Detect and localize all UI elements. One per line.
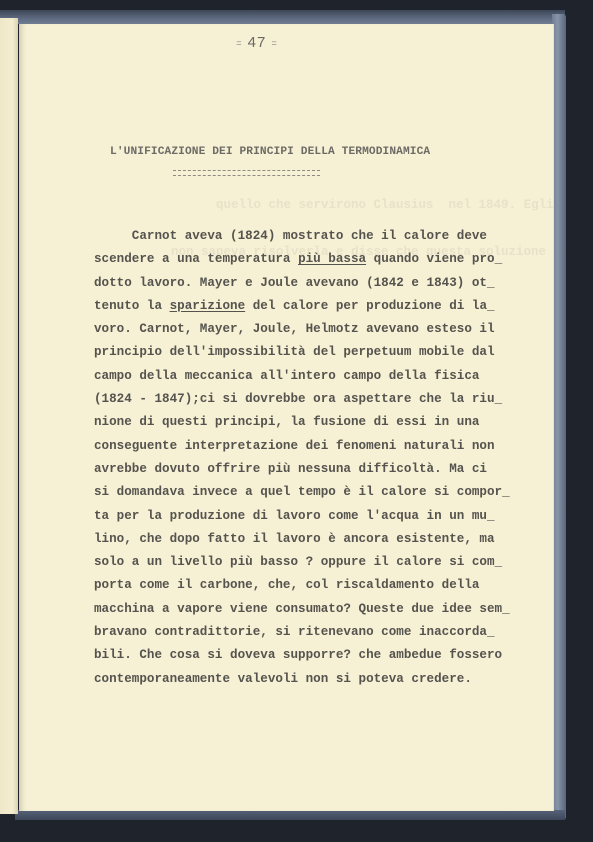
text-line: avrebbe dovuto offrire più nessuna diffi… bbox=[94, 458, 514, 481]
binder-cover-top-edge bbox=[0, 10, 565, 24]
text-segment: campo della meccanica all'intero campo d… bbox=[94, 369, 479, 383]
text-segment: avrebbe dovuto offrire più nessuna diffi… bbox=[94, 462, 487, 476]
text-line: macchina a vapore viene consumato? Quest… bbox=[94, 598, 514, 621]
underlined-phrase: sparizione bbox=[170, 299, 246, 313]
text-line: tenuto la sparizione del calore per prod… bbox=[94, 295, 514, 318]
chapter-title: L'UNIFICAZIONE DEI PRINCIPI DELLA TERMOD… bbox=[110, 146, 430, 158]
text-segment: nione di questi principi, la fusione di … bbox=[94, 415, 479, 429]
text-line: conseguente interpretazione dei fenomeni… bbox=[94, 435, 514, 458]
text-line: bili. Che cosa si doveva supporre? che a… bbox=[94, 644, 514, 667]
text-segment: (1824 - 1847);ci si dovrebbe ora aspetta… bbox=[94, 392, 502, 406]
text-segment: bravano contradittorie, si ritenevano co… bbox=[94, 625, 495, 639]
body-paragraph: Carnot aveva (1824) mostrato che il calo… bbox=[94, 225, 514, 691]
text-line: nione di questi principi, la fusione di … bbox=[94, 411, 514, 434]
title-underline-rule bbox=[173, 170, 320, 176]
text-line: dotto lavoro. Mayer e Joule avevano (184… bbox=[94, 272, 514, 295]
text-segment: voro. Carnot, Mayer, Joule, Helmotz avev… bbox=[94, 322, 495, 336]
page-number: = 47 = bbox=[19, 34, 495, 51]
text-line: contemporaneamente valevoli non si potev… bbox=[94, 668, 514, 691]
text-line: si domandava invece a quel tempo è il ca… bbox=[94, 481, 514, 504]
scanned-page-scene: quello che servirono Clausius nel 1849. … bbox=[0, 0, 593, 842]
text-segment: scendere a una temperatura bbox=[94, 252, 298, 266]
text-line: solo a un livello più basso ? oppure il … bbox=[94, 551, 514, 574]
text-line: voro. Carnot, Mayer, Joule, Helmotz avev… bbox=[94, 318, 514, 341]
text-segment: del calore per produzione di la_ bbox=[245, 299, 494, 313]
text-line: scendere a una temperatura più bassa qua… bbox=[94, 248, 514, 271]
text-line: Carnot aveva (1824) mostrato che il calo… bbox=[94, 225, 514, 248]
text-segment: lino, che dopo fatto il lavoro è ancora … bbox=[94, 532, 495, 546]
text-line: porta come il carbone, che, col riscalda… bbox=[94, 574, 514, 597]
text-line: (1824 - 1847);ci si dovrebbe ora aspetta… bbox=[94, 388, 514, 411]
text-segment: principio dell'impossibilità del perpetu… bbox=[94, 345, 495, 359]
page-number-suffix: = bbox=[272, 38, 278, 48]
page-number-prefix: = bbox=[236, 38, 242, 48]
facing-page-edge bbox=[0, 18, 18, 814]
text-segment: macchina a vapore viene consumato? Quest… bbox=[94, 602, 510, 616]
text-segment: quando viene pro_ bbox=[366, 252, 502, 266]
text-line: campo della meccanica all'intero campo d… bbox=[94, 365, 514, 388]
text-segment: dotto lavoro. Mayer e Joule avevano (184… bbox=[94, 276, 495, 290]
text-segment: ta per la produzione di lavoro come l'ac… bbox=[94, 509, 495, 523]
text-segment: conseguente interpretazione dei fenomeni… bbox=[94, 439, 495, 453]
text-segment: bili. Che cosa si doveva supporre? che a… bbox=[94, 648, 502, 662]
text-segment: contemporaneamente valevoli non si potev… bbox=[94, 672, 472, 686]
text-line: bravano contradittorie, si ritenevano co… bbox=[94, 621, 514, 644]
text-line: lino, che dopo fatto il lavoro è ancora … bbox=[94, 528, 514, 551]
binder-cover-right-edge bbox=[552, 14, 566, 820]
text-line: ta per la produzione di lavoro come l'ac… bbox=[94, 505, 514, 528]
text-segment: tenuto la bbox=[94, 299, 170, 313]
text-segment: solo a un livello più basso ? oppure il … bbox=[94, 555, 502, 569]
text-segment: Carnot aveva (1824) mostrato che il calo… bbox=[94, 229, 487, 243]
bleed-through-line: quello che servirono Clausius nel 1849. … bbox=[216, 198, 554, 212]
text-segment: si domandava invece a quel tempo è il ca… bbox=[94, 485, 510, 499]
typewritten-page: quello che servirono Clausius nel 1849. … bbox=[19, 24, 554, 811]
binder-cover-bottom-edge bbox=[15, 810, 565, 820]
text-line: principio dell'impossibilità del perpetu… bbox=[94, 341, 514, 364]
underlined-phrase: più bassa bbox=[298, 252, 366, 266]
text-segment: porta come il carbone, che, col riscalda… bbox=[94, 578, 479, 592]
page-number-value: 47 bbox=[248, 34, 267, 51]
